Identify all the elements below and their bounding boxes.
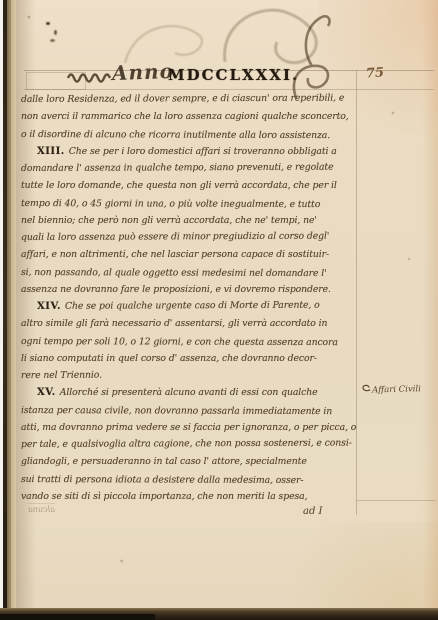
header-anno: Anno bbox=[112, 59, 175, 85]
manuscript-line: li siano computati in quel corso d' asse… bbox=[21, 350, 361, 367]
bleedthrough-word: alcuna bbox=[28, 503, 55, 514]
manuscript-line: tutte le loro domande, che questa non gl… bbox=[21, 177, 361, 194]
manuscript-line: nel biennio; che però non gli verrà acco… bbox=[21, 212, 361, 229]
book-bottom-edge-dark bbox=[0, 614, 155, 620]
ink-speck bbox=[28, 16, 30, 18]
catchword: ad I bbox=[303, 506, 323, 517]
manuscript-line: si, non passando, al quale oggetto essi … bbox=[21, 264, 361, 282]
manuscript-line: rere nel Triennio. bbox=[21, 366, 361, 385]
manuscript-line: per tale, e qualsivoglia altra cagione, … bbox=[21, 435, 361, 454]
manuscript-line: quali la loro assenza può essere di mino… bbox=[21, 228, 361, 247]
manuscript-line: ogni tempo per soli 10, o 12 giorni, e c… bbox=[21, 333, 361, 351]
manuscript-line: non averci il rammarico che la loro asse… bbox=[21, 108, 361, 125]
manuscript-line: o il disordine di alcuno che ricorra inu… bbox=[21, 126, 361, 144]
manuscript-line: tempo di 40, o 45 giorni in una, o più v… bbox=[21, 195, 361, 213]
margin-note-affari-civili: Affari Civili bbox=[361, 382, 421, 396]
ink-speck bbox=[54, 30, 57, 35]
manuscript-line: istanza per causa civile, non dovranno p… bbox=[21, 402, 361, 420]
manuscript-line-section-xiv: XIV.Che se poi qualche urgente caso di M… bbox=[21, 297, 361, 316]
manuscript-line: altro simile gli farà necessario d' asse… bbox=[21, 315, 361, 332]
header-scribble bbox=[66, 68, 116, 84]
swash-mark-icon bbox=[361, 384, 371, 393]
manuscript-line: assenza ne dovranno fare le proposizioni… bbox=[21, 281, 361, 298]
manuscript-line: atti, ma dovranno prima vedere se si fac… bbox=[21, 419, 361, 436]
manuscript-scan: Anno MDCCLXXXI. 75 dalle loro Residenza,… bbox=[0, 0, 438, 620]
text-block: dalle loro Residenza, ed il dover sempre… bbox=[21, 91, 361, 505]
manuscript-line: gliandogli, e persuaderanno in tal caso … bbox=[21, 453, 361, 470]
manuscript-line-section-xv: XV.Allorché si presenterà alcuno avanti … bbox=[21, 384, 361, 401]
ink-speck bbox=[46, 22, 50, 25]
ink-speck bbox=[120, 560, 123, 562]
ink-speck bbox=[50, 39, 55, 42]
manuscript-line: dalle loro Residenza, ed il dover sempre… bbox=[21, 90, 361, 109]
manuscript-line: vando se siti di sì piccola importanza, … bbox=[21, 488, 361, 505]
ink-speck bbox=[392, 112, 394, 114]
ruled-line-bottom-right bbox=[356, 500, 436, 501]
manuscript-line: sui tratti di persona idiota a desistere… bbox=[21, 471, 361, 489]
stain-bottom bbox=[258, 522, 438, 612]
header-year-roman: MDCCLXXXI. bbox=[168, 66, 299, 84]
page-number: 75 bbox=[365, 65, 384, 81]
manuscript-line: domandare l' assenza in qualche tempo, s… bbox=[21, 159, 361, 178]
page-header: Anno MDCCLXXXI. 75 bbox=[0, 58, 438, 92]
manuscript-line: affari, e non altrimenti, che nel lascia… bbox=[21, 246, 361, 263]
ink-speck bbox=[408, 258, 410, 260]
manuscript-line-section-xiii: XIII.Che se per i loro domestici affari … bbox=[21, 143, 361, 160]
